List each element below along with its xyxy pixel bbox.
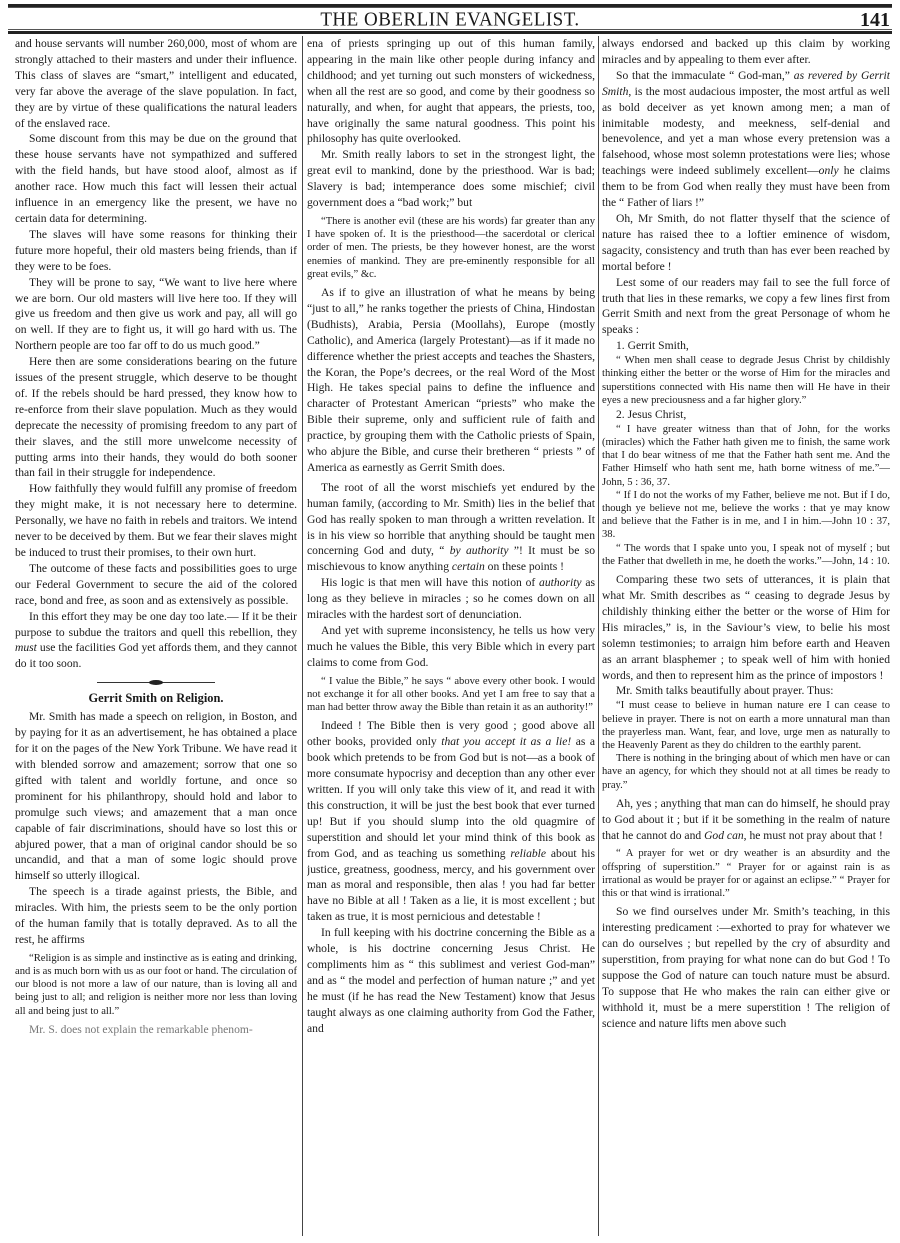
paragraph: Indeed ! The Bible then is very good ; g… <box>307 718 595 925</box>
emphasis: that you accept it as a lie! <box>441 735 571 748</box>
paragraph: So that the immaculate “ God-man,” as re… <box>602 68 890 211</box>
emphasis: reliable <box>510 847 546 860</box>
emphasis: must <box>15 641 37 654</box>
text-run: as a book which pretends to be from God … <box>307 735 595 859</box>
emphasis: authority <box>539 576 582 589</box>
paragraph: In full keeping with his doctrine concer… <box>307 925 595 1036</box>
paragraph: Here then are some considerations bearin… <box>15 354 297 481</box>
paragraph: How faithfully they would fulfill any pr… <box>15 481 297 561</box>
paragraph: Mr. S. does not explain the remarkable p… <box>15 1022 297 1038</box>
masthead-bottom-rule <box>8 29 892 34</box>
masthead-top-rule <box>8 4 892 8</box>
text-run: His logic is that men will have this not… <box>321 576 539 589</box>
text-run: use the facilities God yet affords them,… <box>15 641 297 670</box>
block-quote: “ When men shall cease to degrade Jesus … <box>602 354 890 407</box>
section-divider-ornament <box>97 682 215 683</box>
list-item-label: 2. Jesus Christ, <box>602 407 890 423</box>
paragraph: The slaves will have some reasons for th… <box>15 227 297 275</box>
column-3: always endorsed and backed up this claim… <box>602 36 890 1241</box>
paragraph: Oh, Mr Smith, do not flatter thyself tha… <box>602 211 890 275</box>
section-heading: Gerrit Smith on Religion. <box>15 689 297 707</box>
block-quote: “I must cease to believe in human nature… <box>602 699 890 752</box>
block-quote: “ I value the Bible,” he says “ above ev… <box>307 675 595 715</box>
paragraph: Mr. Smith has made a speech on religion,… <box>15 709 297 884</box>
emphasis: God can <box>704 829 744 842</box>
block-quote: “ If I do not the works of my Father, be… <box>602 489 890 542</box>
emphasis: only <box>819 164 839 177</box>
paragraph: The outcome of these facts and possibili… <box>15 561 297 609</box>
paragraph: His logic is that men will have this not… <box>307 575 595 623</box>
paragraph: ena of priests springing up out of this … <box>307 36 595 147</box>
paragraph: Mr. Smith talks beautifully about prayer… <box>602 683 890 699</box>
paragraph: So we find ourselves under Mr. Smith’s t… <box>602 904 890 1031</box>
journal-title: THE OBERLIN EVANGELIST. <box>8 10 892 31</box>
column-2: ena of priests springing up out of this … <box>307 36 595 1241</box>
paragraph: Ah, yes ; anything that man can do himse… <box>602 796 890 844</box>
paragraph: Lest some of our readers may fail to see… <box>602 275 890 339</box>
paragraph: Some discount from this may be due on th… <box>15 131 297 226</box>
paragraph: The root of all the worst mischiefs yet … <box>307 480 595 575</box>
paragraph: and house servants will number 260,000, … <box>15 36 297 131</box>
column-divider <box>302 36 303 1236</box>
text-run: , he must not pray about that ! <box>744 829 883 842</box>
paragraph: They will be prone to say, “We want to l… <box>15 275 297 355</box>
block-quote: “Religion is as simple and instinctive a… <box>15 952 297 1018</box>
block-quote: “ I have greater witness than that of Jo… <box>602 423 890 489</box>
paragraph: As if to give an illustration of what he… <box>307 285 595 476</box>
paragraph: In this effort they may be one day too l… <box>15 609 297 673</box>
paragraph: Comparing these two sets of utterances, … <box>602 572 890 683</box>
column-divider <box>598 36 599 1236</box>
paragraph: The speech is a tirade against priests, … <box>15 884 297 948</box>
block-quote: There is nothing in the bringing about o… <box>602 752 890 792</box>
block-quote: “ A prayer for wet or dry weather is an … <box>602 847 890 900</box>
paragraph: always endorsed and backed up this claim… <box>602 36 890 68</box>
block-quote: “There is another evil (these are his wo… <box>307 215 595 281</box>
text-run: on these points ! <box>485 560 564 573</box>
paragraph: And yet with supreme inconsistency, he t… <box>307 623 595 671</box>
paragraph: Mr. Smith really labors to set in the st… <box>307 147 595 211</box>
emphasis: by authority <box>450 544 509 557</box>
masthead: THE OBERLIN EVANGELIST. 141 <box>8 4 892 34</box>
text-run: In this effort they may be one day too l… <box>15 610 297 639</box>
text-run: So that the immaculate “ God-man,” <box>616 69 794 82</box>
list-item-label: 1. Gerrit Smith, <box>602 338 890 354</box>
column-1: and house servants will number 260,000, … <box>15 36 297 1241</box>
block-quote: “ The words that I spake unto you, I spe… <box>602 542 890 568</box>
emphasis: certain <box>452 560 485 573</box>
